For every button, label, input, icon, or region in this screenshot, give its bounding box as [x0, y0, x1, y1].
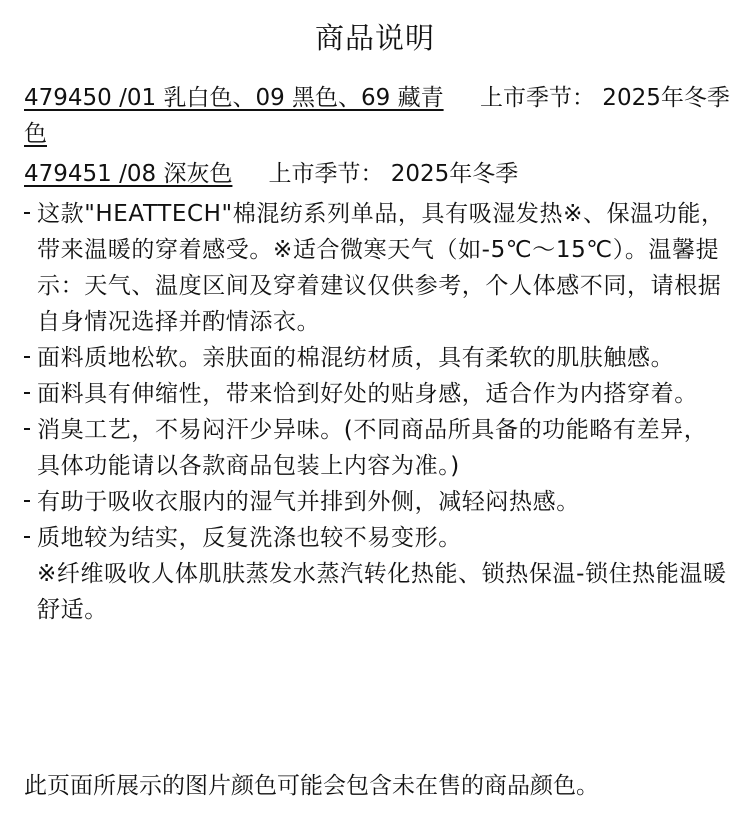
dash-bullet-icon: [24, 536, 30, 538]
product-link-479450[interactable]: 479450 /01 乳白色、09 黑色、69 藏青色: [24, 85, 444, 147]
feature-item: 面料具有伸缩性，带来恰到好处的贴身感，适合作为内搭穿着。: [24, 376, 730, 412]
feature-item: 消臭工艺，不易闷汗少异味。(不同商品所具备的功能略有差异，具体功能请以各款商品包…: [24, 412, 730, 484]
feature-list: 这款"HEATTECH"棉混纺系列单品，具有吸湿发热※、保温功能，带来温暖的穿着…: [24, 196, 730, 628]
dash-bullet-icon: [24, 356, 30, 358]
feature-item: 这款"HEATTECH"棉混纺系列单品，具有吸湿发热※、保温功能，带来温暖的穿着…: [24, 196, 730, 340]
color-disclaimer: 此页面所展示的图片颜色可能会包含未在售的商品颜色。: [24, 768, 730, 804]
feature-item: 有助于吸收衣服内的湿气并排到外侧，减轻闷热感。: [24, 484, 730, 520]
dash-bullet-icon: [24, 212, 30, 214]
feature-footnote: ※纤维吸收人体肌肤蒸发水蒸汽转化热能、锁热保温-锁住热能温暖舒适。: [24, 556, 730, 628]
feature-item: 质地较为结实，反复洗涤也较不易变形。: [24, 520, 730, 556]
feature-item: 面料质地松软。亲肤面的棉混纺材质，具有柔软的肌肤触感。: [24, 340, 730, 376]
product-row-2: 479451 /08 深灰色上市季节： 2025年冬季: [24, 156, 734, 192]
dash-bullet-icon: [24, 428, 30, 430]
dash-bullet-icon: [24, 392, 30, 394]
season-label: 上市季节： 2025年冬季: [480, 80, 730, 116]
page-title: 商品说明: [0, 18, 750, 58]
dash-bullet-icon: [24, 500, 30, 502]
season-label: 上市季节： 2025年冬季: [268, 161, 518, 187]
product-link-479451[interactable]: 479451 /08 深灰色: [24, 161, 232, 187]
product-description-page: 商品说明 479450 /01 乳白色、09 黑色、69 藏青色 上市季节： 2…: [0, 0, 750, 833]
